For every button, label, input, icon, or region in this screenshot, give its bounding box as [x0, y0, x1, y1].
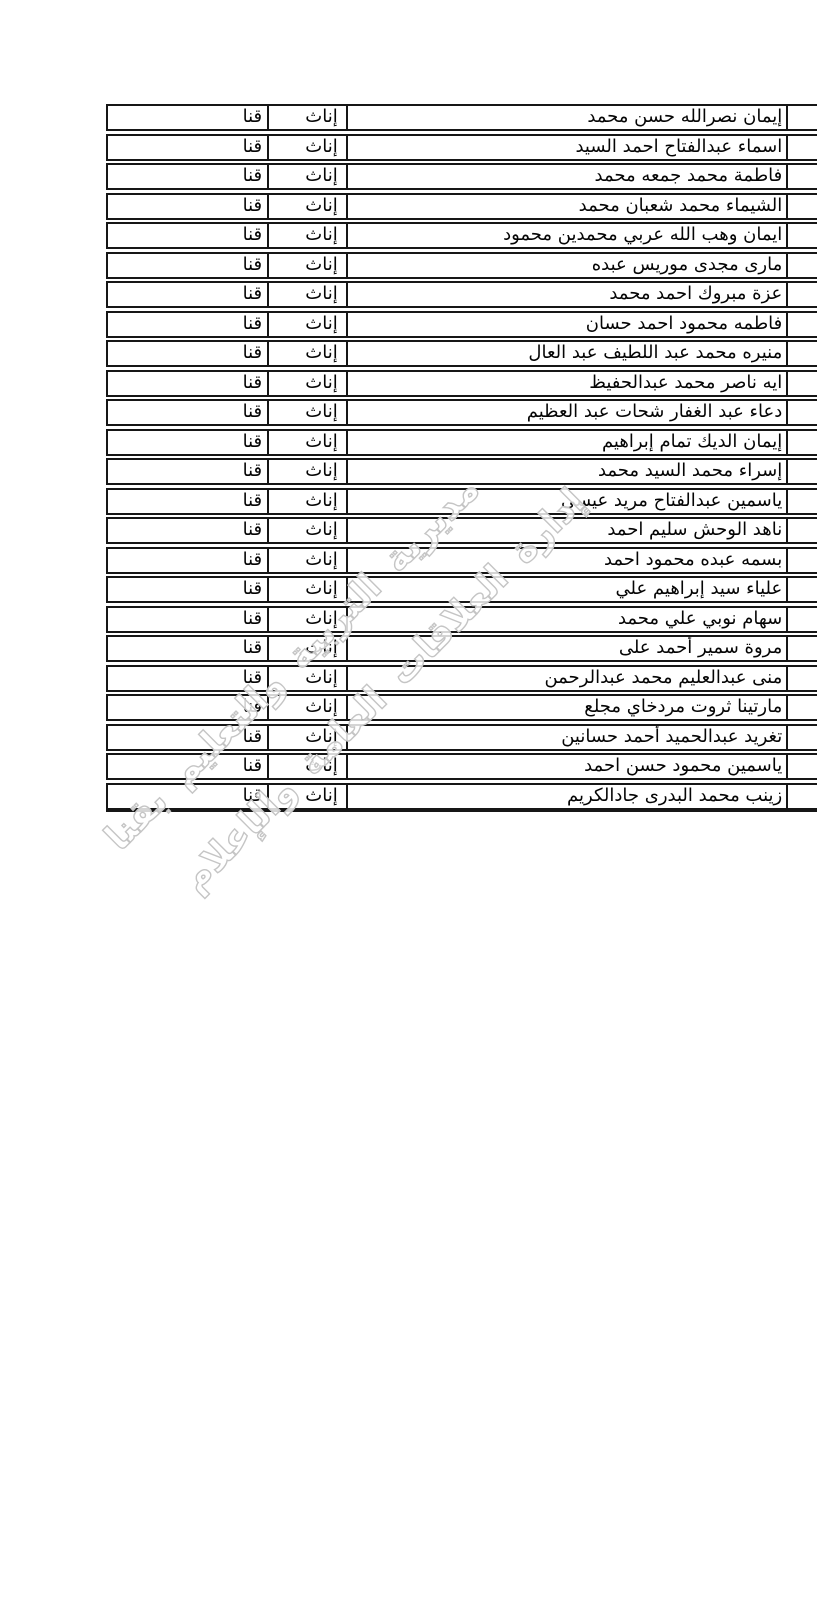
student-name-cell: فاطمه محمود احمد حسان — [346, 313, 787, 336]
governorate-cell: قنا — [108, 696, 267, 719]
governorate-cell: قنا — [108, 106, 267, 129]
gender-cell: إناث — [267, 578, 346, 601]
gender-cell: إناث — [267, 696, 346, 719]
students-table: قنا إناث إيمان نصرالله حسن محمد قنا إناث… — [106, 104, 817, 812]
gender-cell: إناث — [267, 401, 346, 424]
governorate-cell: قنا — [108, 608, 267, 631]
serial-cell — [786, 165, 817, 188]
governorate-cell: قنا — [108, 637, 267, 660]
serial-cell — [786, 549, 817, 572]
serial-cell — [786, 608, 817, 631]
table-row: قنا إناث ياسمين عبدالفتاح مريد عيسى — [106, 488, 817, 515]
serial-cell — [786, 313, 817, 336]
table-row: قنا إناث إيمان نصرالله حسن محمد — [106, 104, 817, 131]
gender-cell: إناث — [267, 726, 346, 749]
serial-cell — [786, 136, 817, 159]
governorate-cell: قنا — [108, 785, 267, 808]
gender-cell: إناث — [267, 785, 346, 808]
governorate-cell: قنا — [108, 460, 267, 483]
table-row: قنا إناث ياسمين محمود حسن احمد — [106, 753, 817, 780]
serial-cell — [786, 106, 817, 129]
scanned-document-page: قنا إناث إيمان نصرالله حسن محمد قنا إناث… — [0, 0, 817, 1600]
governorate-cell: قنا — [108, 195, 267, 218]
serial-cell — [786, 283, 817, 306]
serial-cell — [786, 519, 817, 542]
student-name-cell: تغريد عبدالحميد أحمد حسانين — [346, 726, 787, 749]
student-name-cell: ايه ناصر محمد عبدالحفيظ — [346, 372, 787, 395]
gender-cell: إناث — [267, 136, 346, 159]
gender-cell: إناث — [267, 519, 346, 542]
governorate-cell: قنا — [108, 165, 267, 188]
gender-cell: إناث — [267, 195, 346, 218]
student-name-cell: إيمان نصرالله حسن محمد — [346, 106, 787, 129]
governorate-cell: قنا — [108, 755, 267, 778]
governorate-cell: قنا — [108, 431, 267, 454]
table-row: قنا إناث اسماء عبدالفتاح احمد السيد — [106, 134, 817, 161]
serial-cell — [786, 578, 817, 601]
table-row: قنا إناث ايمان وهب الله عربي محمدين محمو… — [106, 222, 817, 249]
gender-cell: إناث — [267, 224, 346, 247]
governorate-cell: قنا — [108, 549, 267, 572]
table-row: قنا إناث الشيماء محمد شعبان محمد — [106, 193, 817, 220]
student-name-cell: فاطمة محمد جمعه محمد — [346, 165, 787, 188]
table-row: قنا إناث فاطمة محمد جمعه محمد — [106, 163, 817, 190]
table-row: قنا إناث عزة مبروك احمد محمد — [106, 281, 817, 308]
gender-cell: إناث — [267, 431, 346, 454]
governorate-cell: قنا — [108, 254, 267, 277]
governorate-cell: قنا — [108, 726, 267, 749]
gender-cell: إناث — [267, 106, 346, 129]
table-row: قنا إناث زينب محمد البدرى جادالكريم — [106, 783, 817, 810]
table-row: قنا إناث مروة سمير أحمد على — [106, 635, 817, 662]
student-name-cell: منى عبدالعليم محمد عبدالرحمن — [346, 667, 787, 690]
table-row: قنا إناث منيره محمد عبد اللطيف عبد العال — [106, 340, 817, 367]
governorate-cell: قنا — [108, 224, 267, 247]
student-name-cell: ياسمين محمود حسن احمد — [346, 755, 787, 778]
governorate-cell: قنا — [108, 342, 267, 365]
table-row: قنا إناث دعاء عبد الغفار شحات عبد العظيم — [106, 399, 817, 426]
table-row: قنا إناث فاطمه محمود احمد حسان — [106, 311, 817, 338]
serial-cell — [786, 342, 817, 365]
serial-cell — [786, 195, 817, 218]
table-row: قنا إناث سهام نوبي علي محمد — [106, 606, 817, 633]
table-row: قنا إناث مارتينا ثروت مردخاي مجلع — [106, 694, 817, 721]
gender-cell: إناث — [267, 342, 346, 365]
serial-cell — [786, 726, 817, 749]
serial-cell — [786, 431, 817, 454]
gender-cell: إناث — [267, 313, 346, 336]
governorate-cell: قنا — [108, 136, 267, 159]
gender-cell: إناث — [267, 490, 346, 513]
governorate-cell: قنا — [108, 401, 267, 424]
serial-cell — [786, 224, 817, 247]
gender-cell: إناث — [267, 608, 346, 631]
gender-cell: إناث — [267, 283, 346, 306]
table-row: قنا إناث إسراء محمد السيد محمد — [106, 458, 817, 485]
governorate-cell: قنا — [108, 578, 267, 601]
gender-cell: إناث — [267, 372, 346, 395]
gender-cell: إناث — [267, 667, 346, 690]
governorate-cell: قنا — [108, 372, 267, 395]
table-row: قنا إناث علياء سيد إبراهيم علي — [106, 576, 817, 603]
serial-cell — [786, 460, 817, 483]
student-name-cell: سهام نوبي علي محمد — [346, 608, 787, 631]
serial-cell — [786, 254, 817, 277]
student-name-cell: مارى مجدى موريس عبده — [346, 254, 787, 277]
serial-cell — [786, 490, 817, 513]
table-row: قنا إناث ايه ناصر محمد عبدالحفيظ — [106, 370, 817, 397]
student-name-cell: اسماء عبدالفتاح احمد السيد — [346, 136, 787, 159]
governorate-cell: قنا — [108, 283, 267, 306]
serial-cell — [786, 637, 817, 660]
gender-cell: إناث — [267, 165, 346, 188]
student-name-cell: ايمان وهب الله عربي محمدين محمود — [346, 224, 787, 247]
serial-cell — [786, 696, 817, 719]
table-row: قنا إناث إيمان الديك تمام إبراهيم — [106, 429, 817, 456]
student-name-cell: مروة سمير أحمد على — [346, 637, 787, 660]
table-bottom-border — [106, 808, 817, 812]
student-name-cell: منيره محمد عبد اللطيف عبد العال — [346, 342, 787, 365]
serial-cell — [786, 401, 817, 424]
gender-cell: إناث — [267, 549, 346, 572]
gender-cell: إناث — [267, 637, 346, 660]
student-name-cell: زينب محمد البدرى جادالكريم — [346, 785, 787, 808]
student-name-cell: مارتينا ثروت مردخاي مجلع — [346, 696, 787, 719]
student-name-cell: إيمان الديك تمام إبراهيم — [346, 431, 787, 454]
table-row: قنا إناث ناهد الوحش سليم احمد — [106, 517, 817, 544]
governorate-cell: قنا — [108, 313, 267, 336]
table-row: قنا إناث مارى مجدى موريس عبده — [106, 252, 817, 279]
student-name-cell: ناهد الوحش سليم احمد — [346, 519, 787, 542]
gender-cell: إناث — [267, 755, 346, 778]
governorate-cell: قنا — [108, 490, 267, 513]
gender-cell: إناث — [267, 460, 346, 483]
gender-cell: إناث — [267, 254, 346, 277]
student-name-cell: الشيماء محمد شعبان محمد — [346, 195, 787, 218]
table-row: قنا إناث تغريد عبدالحميد أحمد حسانين — [106, 724, 817, 751]
student-name-cell: ياسمين عبدالفتاح مريد عيسى — [346, 490, 787, 513]
student-name-cell: علياء سيد إبراهيم علي — [346, 578, 787, 601]
serial-cell — [786, 785, 817, 808]
student-name-cell: إسراء محمد السيد محمد — [346, 460, 787, 483]
table-row: قنا إناث منى عبدالعليم محمد عبدالرحمن — [106, 665, 817, 692]
serial-cell — [786, 667, 817, 690]
serial-cell — [786, 372, 817, 395]
governorate-cell: قنا — [108, 667, 267, 690]
table-row: قنا إناث بسمه عبده محمود احمد — [106, 547, 817, 574]
student-name-cell: عزة مبروك احمد محمد — [346, 283, 787, 306]
governorate-cell: قنا — [108, 519, 267, 542]
student-name-cell: بسمه عبده محمود احمد — [346, 549, 787, 572]
serial-cell — [786, 755, 817, 778]
student-name-cell: دعاء عبد الغفار شحات عبد العظيم — [346, 401, 787, 424]
